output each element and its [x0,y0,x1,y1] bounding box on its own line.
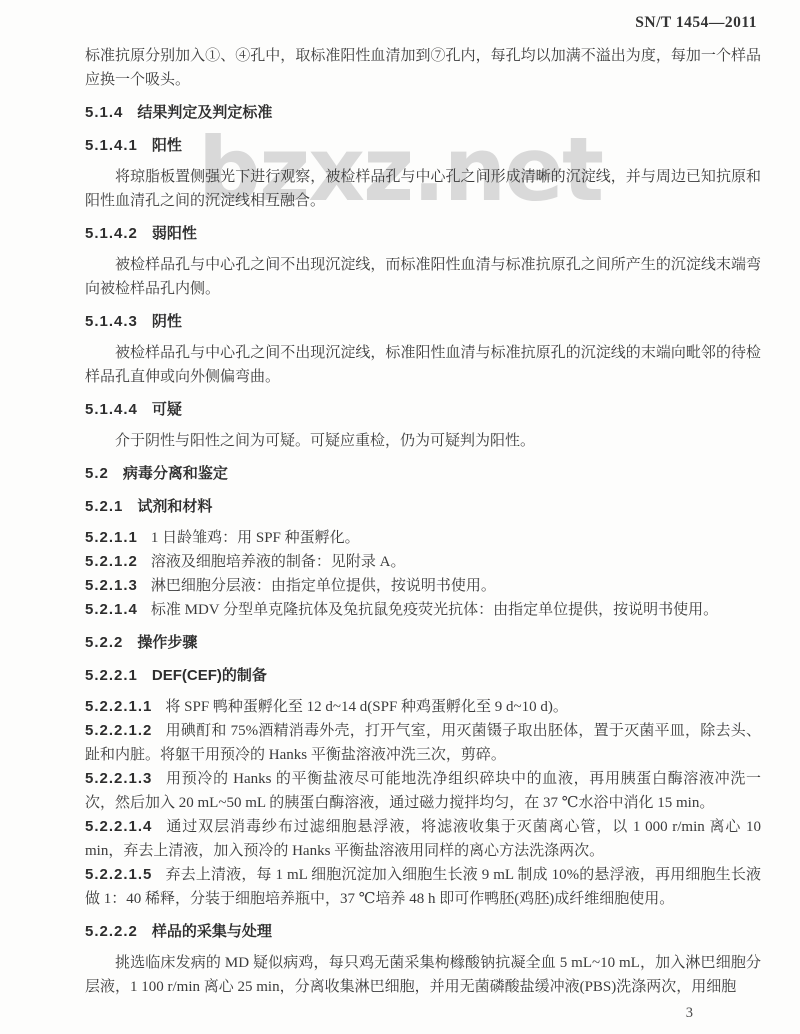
clause-number: 5.1.4.3 [85,313,138,330]
clause-text: 淋巴细胞分层液：由指定单位提供，按说明书使用。 [151,578,496,594]
clause-title: DEF(CEF)的制备 [152,667,267,684]
numbered-paragraph-5-2-2-1-3: 5.2.2.1.3用预冷的 Hanks 的平衡盐液尽可能地洗净组织碎块中的血液，… [85,767,761,815]
numbered-paragraph-5-2-1-4: 5.2.1.4标准 MDV 分型单克隆抗体及兔抗鼠免疫荧光抗体：由指定单位提供，… [85,598,761,622]
clause-number: 5.2.2 [85,634,123,651]
numbered-paragraph-5-2-1-2: 5.2.1.2溶液及细胞培养液的制备：见附录 A。 [85,550,761,574]
clause-text: 1 日龄雏鸡：用 SPF 种蛋孵化。 [151,530,360,546]
clause-title: 病毒分离和鉴定 [123,465,228,482]
clause-number: 5.2.2.1.2 [85,722,152,739]
paragraph: 将琼脂板置侧强光下进行观察，被检样品孔与中心孔之间形成清晰的沉淀线，并与周边已知… [85,165,761,213]
numbered-paragraph-5-2-2-1-5: 5.2.2.1.5弃去上清液，每 1 mL 细胞沉淀加入细胞生长液 9 mL 制… [85,863,761,911]
clause-title: 阴性 [152,313,182,330]
clause-number: 5.2 [85,465,109,482]
clause-text: 通过双层消毒纱布过滤细胞悬浮液，将滤液收集于灭菌离心管，以 1 000 r/mi… [85,819,761,859]
clause-text: 用预冷的 Hanks 的平衡盐液尽可能地洗净组织碎块中的血液，再用胰蛋白酶溶液冲… [85,771,761,811]
numbered-paragraph-5-2-1-3: 5.2.1.3淋巴细胞分层液：由指定单位提供，按说明书使用。 [85,574,761,598]
clause-title: 操作步骤 [137,634,197,651]
clause-title: 样品的采集与处理 [152,923,272,940]
clause-title: 可疑 [152,401,182,418]
numbered-paragraph-5-2-2-1-2: 5.2.2.1.2用碘酊和 75%酒精消毒外壳，打开气室，用灭菌镊子取出胚体，置… [85,719,761,767]
clause-heading-5-1-4: 5.1.4结果判定及判定标准 [85,101,761,125]
paragraph-continuation: 标准抗原分别加入①、④孔中，取标准阳性血清加到⑦孔内，每孔均以加满不溢出为度，每… [85,44,761,92]
clause-text: 将 SPF 鸭种蛋孵化至 12 d~14 d(SPF 种鸡蛋孵化至 9 d~10… [165,699,568,715]
clause-heading-5-2: 5.2病毒分离和鉴定 [85,462,761,486]
paragraph: 介于阴性与阳性之间为可疑。可疑应重检，仍为可疑判为阳性。 [85,429,761,453]
clause-number: 5.2.2.1.1 [85,698,152,715]
clause-number: 5.2.1.1 [85,529,138,546]
document-body: 标准抗原分别加入①、④孔中，取标准阳性血清加到⑦孔内，每孔均以加满不溢出为度，每… [85,44,761,1022]
clause-number: 5.2.1.3 [85,577,138,594]
standard-code-header: SN/T 1454—2011 [635,14,757,32]
clause-number: 5.2.2.1.4 [85,818,152,835]
clause-heading-5-2-2-1: 5.2.2.1DEF(CEF)的制备 [85,664,761,688]
clause-number: 5.2.1.4 [85,601,138,618]
clause-number: 5.1.4.4 [85,401,138,418]
clause-number: 5.2.2.2 [85,923,138,940]
numbered-paragraph-5-2-2-1-1: 5.2.2.1.1将 SPF 鸭种蛋孵化至 12 d~14 d(SPF 种鸡蛋孵… [85,695,761,719]
numbered-paragraph-5-2-1-1: 5.2.1.11 日龄雏鸡：用 SPF 种蛋孵化。 [85,526,761,550]
clause-heading-5-1-4-4: 5.1.4.4可疑 [85,398,761,422]
clause-heading-5-2-2: 5.2.2操作步骤 [85,631,761,655]
clause-number: 5.1.4.2 [85,225,138,242]
clause-text: 用碘酊和 75%酒精消毒外壳，打开气室，用灭菌镊子取出胚体，置于灭菌平皿，除去头… [85,723,761,763]
paragraph: 挑选临床发病的 MD 疑似病鸡，每只鸡无菌采集枸橼酸钠抗凝全血 5 mL~10 … [85,951,761,999]
document-page: SN/T 1454—2011 bzxz.net 标准抗原分别加入①、④孔中，取标… [0,0,800,1034]
page-number: 3 [85,1005,761,1022]
clause-title: 试剂和材料 [137,498,212,515]
clause-title: 阳性 [152,137,182,154]
clause-text: 标准 MDV 分型单克隆抗体及兔抗鼠免疫荧光抗体：由指定单位提供，按说明书使用。 [151,602,718,618]
paragraph: 被检样品孔与中心孔之间不出现沉淀线，标准阳性血清与标准抗原孔的沉淀线的末端向毗邻… [85,341,761,389]
clause-heading-5-1-4-3: 5.1.4.3阴性 [85,310,761,334]
clause-number: 5.2.2.1.3 [85,770,152,787]
clause-number: 5.2.2.1 [85,667,138,684]
clause-number: 5.2.2.1.5 [85,866,152,883]
numbered-paragraph-5-2-2-1-4: 5.2.2.1.4通过双层消毒纱布过滤细胞悬浮液，将滤液收集于灭菌离心管，以 1… [85,815,761,863]
clause-text: 溶液及细胞培养液的制备：见附录 A。 [151,554,406,570]
clause-heading-5-1-4-2: 5.1.4.2弱阳性 [85,222,761,246]
clause-heading-5-1-4-1: 5.1.4.1阳性 [85,134,761,158]
clause-heading-5-2-2-2: 5.2.2.2样品的采集与处理 [85,920,761,944]
clause-number: 5.2.1.2 [85,553,138,570]
clause-title: 结果判定及判定标准 [137,104,272,121]
paragraph: 被检样品孔与中心孔之间不出现沉淀线，而标准阳性血清与标准抗原孔之间所产生的沉淀线… [85,253,761,301]
clause-text: 弃去上清液，每 1 mL 细胞沉淀加入细胞生长液 9 mL 制成 10%的悬浮液… [85,867,761,907]
clause-number: 5.2.1 [85,498,123,515]
clause-number: 5.1.4.1 [85,137,138,154]
clause-number: 5.1.4 [85,104,123,121]
clause-heading-5-2-1: 5.2.1试剂和材料 [85,495,761,519]
clause-title: 弱阳性 [152,225,197,242]
